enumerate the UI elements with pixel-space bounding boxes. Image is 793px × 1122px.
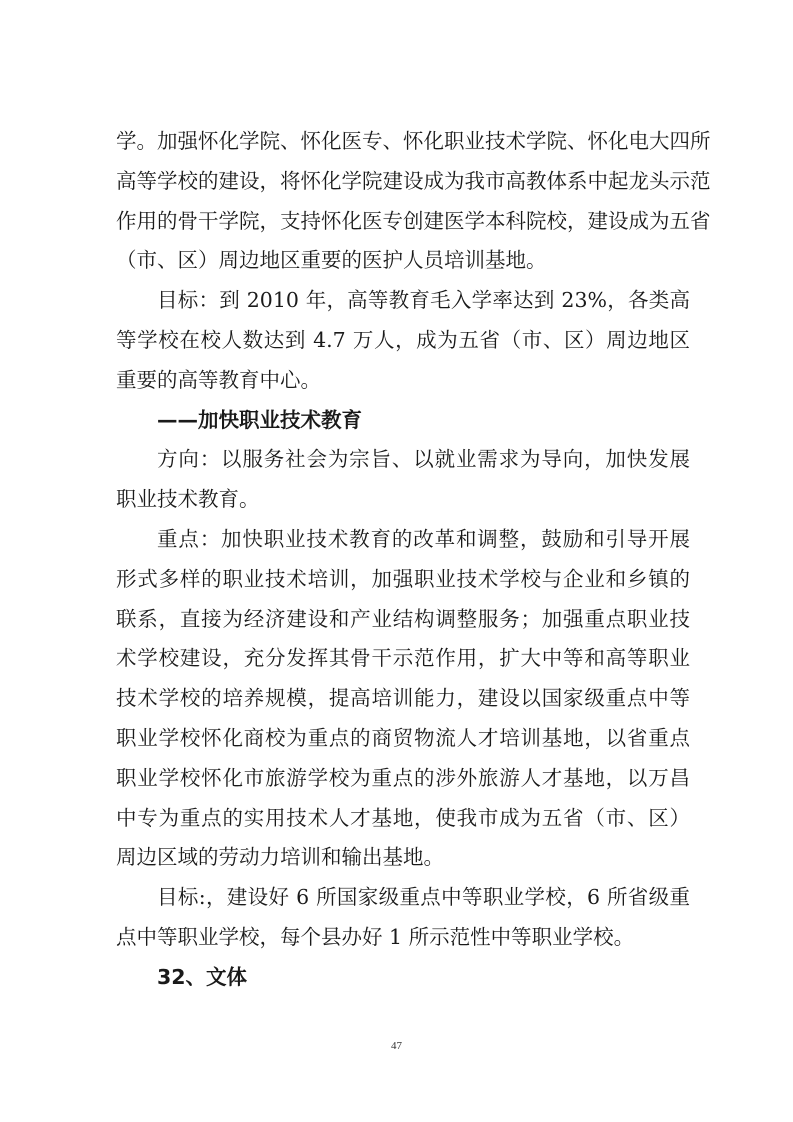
text-line: 方向：以服务社会为宗旨、以就业需求为导向，加快发展 — [116, 440, 690, 480]
text-line: （市、区）周边地区重要的医护人员培训基地。 — [116, 241, 690, 281]
text-line: 术学校建设，充分发挥其骨干示范作用，扩大中等和高等职业 — [116, 639, 690, 679]
text-line: 技术学校的培养规模，提高培训能力，建设以国家级重点中等 — [116, 679, 690, 719]
body-text: 学。加强怀化学院、怀化医专、怀化职业技术学院、怀化电大四所 高等学校的建设，将怀… — [116, 122, 690, 998]
text-line: 重要的高等教育中心。 — [116, 361, 690, 401]
document-page: 学。加强怀化学院、怀化医专、怀化职业技术学院、怀化电大四所 高等学校的建设，将怀… — [0, 0, 793, 1122]
text-line: 周边区域的劳动力培训和输出基地。 — [116, 838, 690, 878]
text-line: 目标：到 2010 年，高等教育毛入学率达到 23%，各类高 — [116, 281, 690, 321]
text-line: 重点：加快职业技术教育的改革和调整，鼓励和引导开展 — [116, 520, 690, 560]
section-heading: 32、文体 — [116, 958, 690, 998]
section-heading: ——加快职业技术教育 — [116, 401, 690, 441]
text-line: 高等学校的建设，将怀化学院建设成为我市高教体系中起龙头示范 — [116, 162, 690, 202]
text-line: 点中等职业学校，每个县办好 1 所示范性中等职业学校。 — [116, 918, 690, 958]
text-line: 中专为重点的实用技术人才基地，使我市成为五省（市、区） — [116, 799, 690, 839]
text-line: 学。加强怀化学院、怀化医专、怀化职业技术学院、怀化电大四所 — [116, 122, 690, 162]
text-line: 联系，直接为经济建设和产业结构调整服务；加强重点职业技 — [116, 600, 690, 640]
text-line: 等学校在校人数达到 4.7 万人，成为五省（市、区）周边地区 — [116, 321, 690, 361]
text-line: 作用的骨干学院，支持怀化医专创建医学本科院校，建设成为五省 — [116, 202, 690, 242]
text-line: 目标:，建设好 6 所国家级重点中等职业学校，6 所省级重 — [116, 878, 690, 918]
text-line: 职业技术教育。 — [116, 480, 690, 520]
page-number: 47 — [0, 1040, 793, 1052]
text-line: 形式多样的职业技术培训，加强职业技术学校与企业和乡镇的 — [116, 560, 690, 600]
text-line: 职业学校怀化市旅游学校为重点的涉外旅游人才基地，以万昌 — [116, 759, 690, 799]
text-line: 职业学校怀化商校为重点的商贸物流人才培训基地，以省重点 — [116, 719, 690, 759]
